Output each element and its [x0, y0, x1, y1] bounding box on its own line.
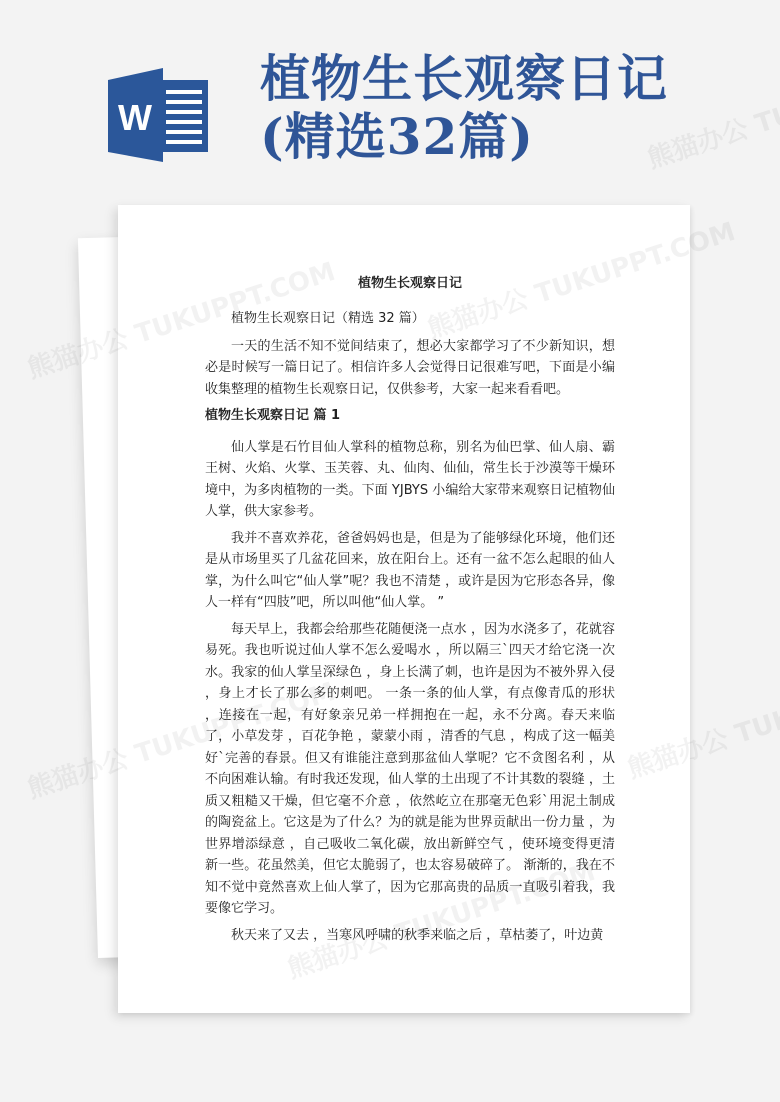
header: W 植物生长观察日记 (精选32篇): [0, 0, 780, 200]
title-line-2: (精选32篇): [260, 108, 668, 166]
word-document-icon: W: [108, 68, 210, 162]
title-line-1: 植物生长观察日记: [260, 49, 668, 108]
page-title: 植物生长观察日记 (精选32篇): [260, 50, 668, 166]
paragraph: 每天早上，我都会给那些花随便浇一点水 ，因为水浇多了，花就容易死。我也听说过仙人…: [205, 619, 615, 920]
paragraph: 秋天来了又去 ，当寒风呼啸的秋季来临之后 ，草枯萎了，叶边黄: [205, 925, 615, 947]
svg-text:W: W: [118, 97, 152, 138]
paragraph: 我并不喜欢养花，爸爸妈妈也是，但是为了能够绿化环境，他们还是从市场里买了几盆花回…: [205, 528, 615, 614]
paragraph: 仙人掌是石竹目仙人掌科的植物总称，别名为仙巴掌、仙人扇、霸王树、火焰、火掌、玉芙…: [205, 437, 615, 523]
section-heading: 植物生长观察日记 篇 1: [205, 405, 615, 427]
document-body: 植物生长观察日记 植物生长观察日记（精选 32 篇） 一天的生活不知不觉间结束了…: [205, 270, 615, 951]
document-subtitle: 植物生长观察日记（精选 32 篇）: [205, 308, 615, 330]
document-title: 植物生长观察日记: [205, 270, 615, 298]
paragraph-intro: 一天的生活不知不觉间结束了，想必大家都学习了不少新知识，想必是时候写一篇日记了。…: [205, 336, 615, 401]
